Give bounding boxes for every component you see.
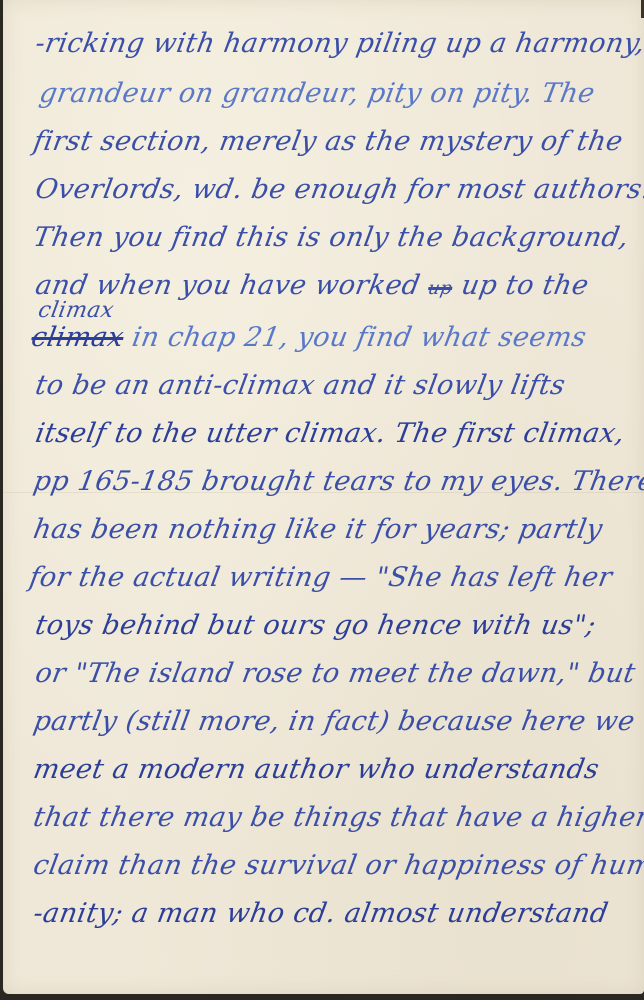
correction: climax climax [29,322,126,353]
handwritten-line-6: and when you have worked up up to the [33,270,644,301]
handwritten-line-5: Then you find this is only the backgroun… [31,222,644,253]
handwritten-line-9: itself to the utter climax. The first cl… [33,418,644,449]
struck-word: climax [29,322,126,353]
handwritten-line-16: meet a modern author who understands [31,754,644,785]
handwritten-line-4: Overlords, wd. be enough for most author… [33,174,644,205]
handwritten-line-7: climax climax in chap 21, you find what … [29,322,644,353]
handwritten-line-1: -ricking with harmony piling up a harmon… [33,28,644,59]
inserted-word: climax [36,298,116,323]
handwritten-line-2: grandeur on grandeur, pity on pity. The [37,78,644,109]
handwritten-line-19: -anity; a man who cd. almost understand [31,898,644,929]
handwritten-line-3: first section, merely as the mystery of … [31,126,644,157]
handwritten-line-13: toys behind but ours go hence with us"; [33,610,644,641]
handwritten-line-10: pp 165-185 brought tears to my eyes. The… [31,466,644,497]
letter-page: -ricking with harmony piling up a harmon… [3,0,644,994]
handwritten-line-12: for the actual writing — "She has left h… [27,562,644,593]
handwritten-line-17: that there may be things that have a hig… [31,802,644,833]
handwritten-line-8: to be an anti-climax and it slowly lifts [33,370,644,401]
handwritten-line-18: claim than the survival or happiness of … [31,850,644,881]
handwritten-line-14: or "The island rose to meet the dawn," b… [33,658,644,689]
line-6-end: up to the [450,270,591,301]
handwritten-line-11: has been nothing like it for years; part… [31,514,644,545]
handwritten-line-15: partly (still more, in fact) because her… [31,706,644,737]
line-7-text: in chap 21, you find what seems [130,322,589,353]
line-6-text: and when you have worked [33,270,432,301]
